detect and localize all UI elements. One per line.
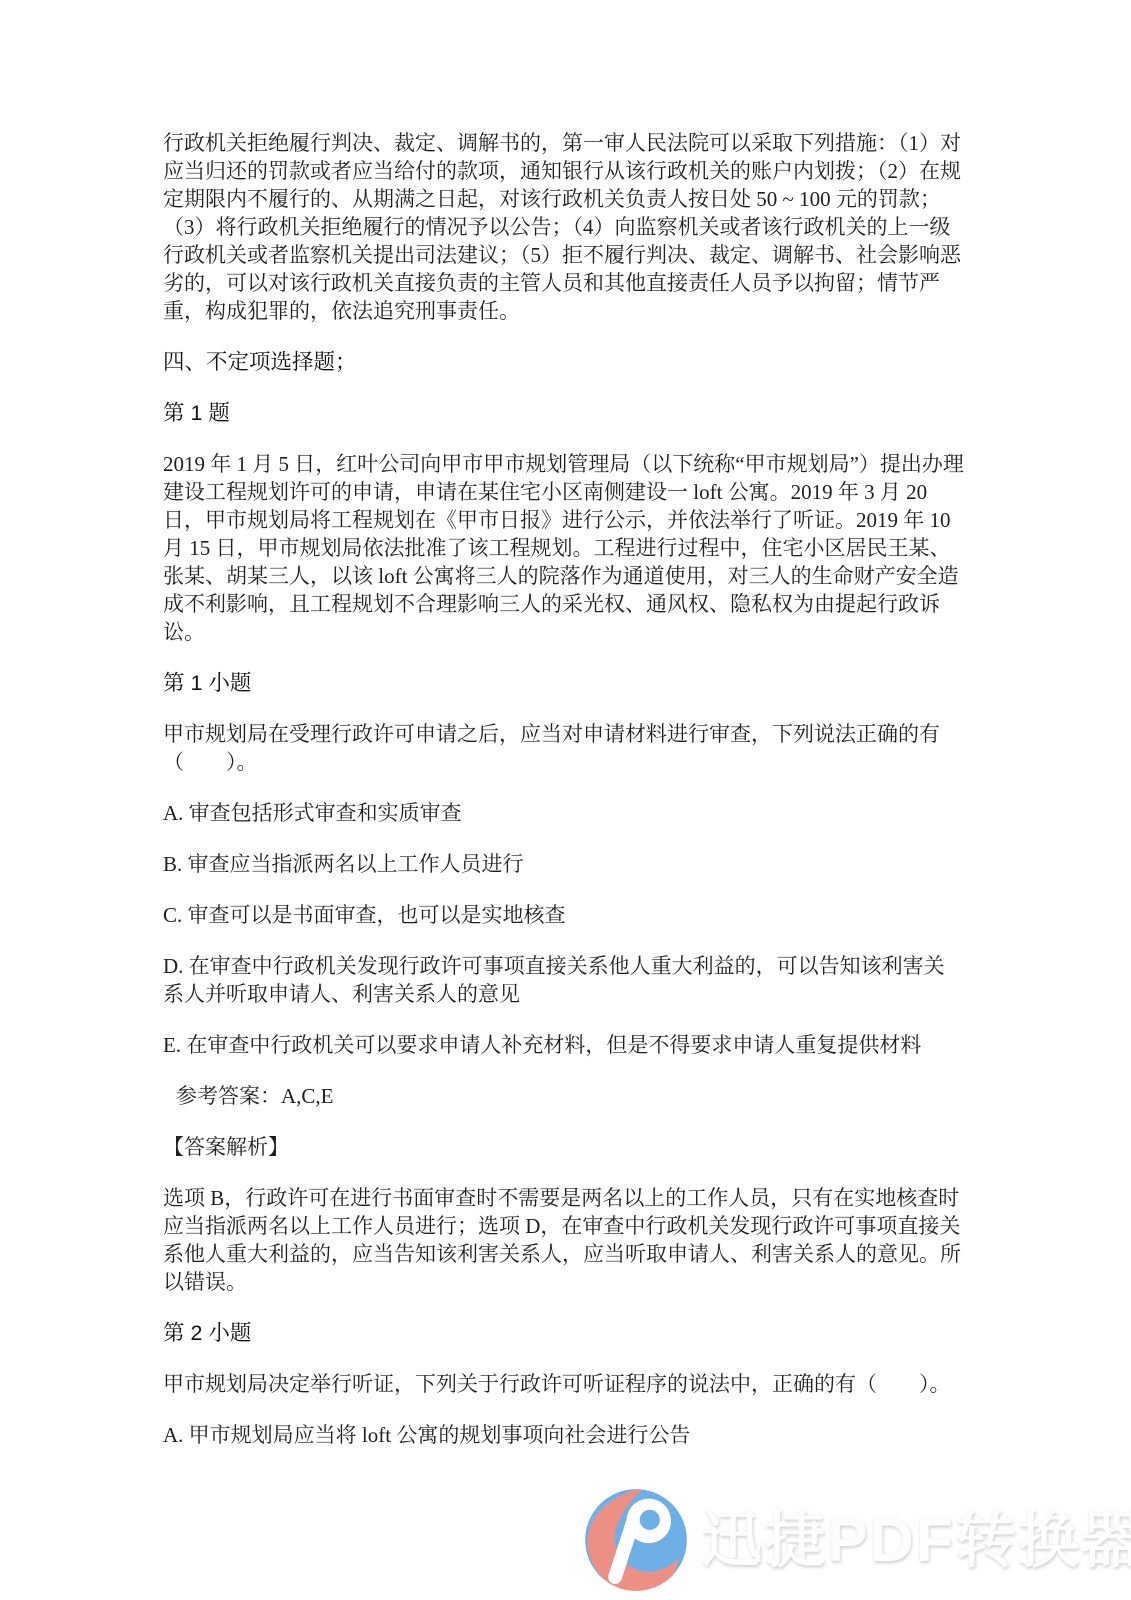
intro-paragraph: 行政机关拒绝履行判决、裁定、调解书的，第一审人民法院可以采取下列措施：（1）对应… <box>163 129 965 325</box>
sub-question1-analysis-heading: 【答案解析】 <box>163 1133 965 1161</box>
sub-question1-option-a: A. 审查包括形式审查和实质审查 <box>163 799 965 827</box>
sub-question1-option-d: D. 在审查中行政机关发现行政许可事项直接关系他人重大利益的，可以告知该利害关系… <box>163 952 965 1008</box>
sub-question1-analysis: 选项 B，行政许可在进行书面审查时不需要是两名以上的工作人员，只有在实地核查时应… <box>163 1184 965 1296</box>
sub-question1-reference-answer: 参考答案：A,C,E <box>163 1082 965 1110</box>
sub-question1-title: 第 1 小题 <box>163 669 965 697</box>
pdf-converter-logo-icon <box>583 1487 689 1593</box>
document-content: 行政机关拒绝履行判决、裁定、调解书的，第一审人民法院可以采取下列措施：（1）对应… <box>163 129 965 1472</box>
document-page: 行政机关拒绝履行判决、裁定、调解书的，第一审人民法院可以采取下列措施：（1）对应… <box>0 0 1131 1600</box>
sub-question1-option-e: E. 在审查中行政机关可以要求申请人补充材料，但是不得要求申请人重复提供材料 <box>163 1031 965 1059</box>
sub-question1-option-b: B. 审查应当指派两名以上工作人员进行 <box>163 850 965 878</box>
sub-question1-stem: 甲市规划局在受理行政许可申请之后，应当对申请材料进行审查，下列说法正确的有（ ）… <box>163 720 965 776</box>
question1-stem: 2019 年 1 月 5 日，红叶公司向甲市甲市规划管理局（以下统称“甲市规划局… <box>163 450 965 646</box>
watermark-text: 迅捷PDF转换器 <box>701 1487 1131 1593</box>
sub-question2-stem: 甲市规划局决定举行听证，下列关于行政许可听证程序的说法中，正确的有（ ）。 <box>163 1370 965 1398</box>
converter-watermark: 迅捷PDF转换器 <box>583 1487 1131 1593</box>
sub-question2-option-a: A. 甲市规划局应当将 loft 公寓的规划事项向社会进行公告 <box>163 1421 965 1449</box>
sub-question1-option-c: C. 审查可以是书面审查，也可以是实地核查 <box>163 901 965 929</box>
sub-question2-title: 第 2 小题 <box>163 1319 965 1347</box>
question1-title: 第 1 题 <box>163 399 965 427</box>
section-heading: 四、不定项选择题； <box>163 348 965 376</box>
